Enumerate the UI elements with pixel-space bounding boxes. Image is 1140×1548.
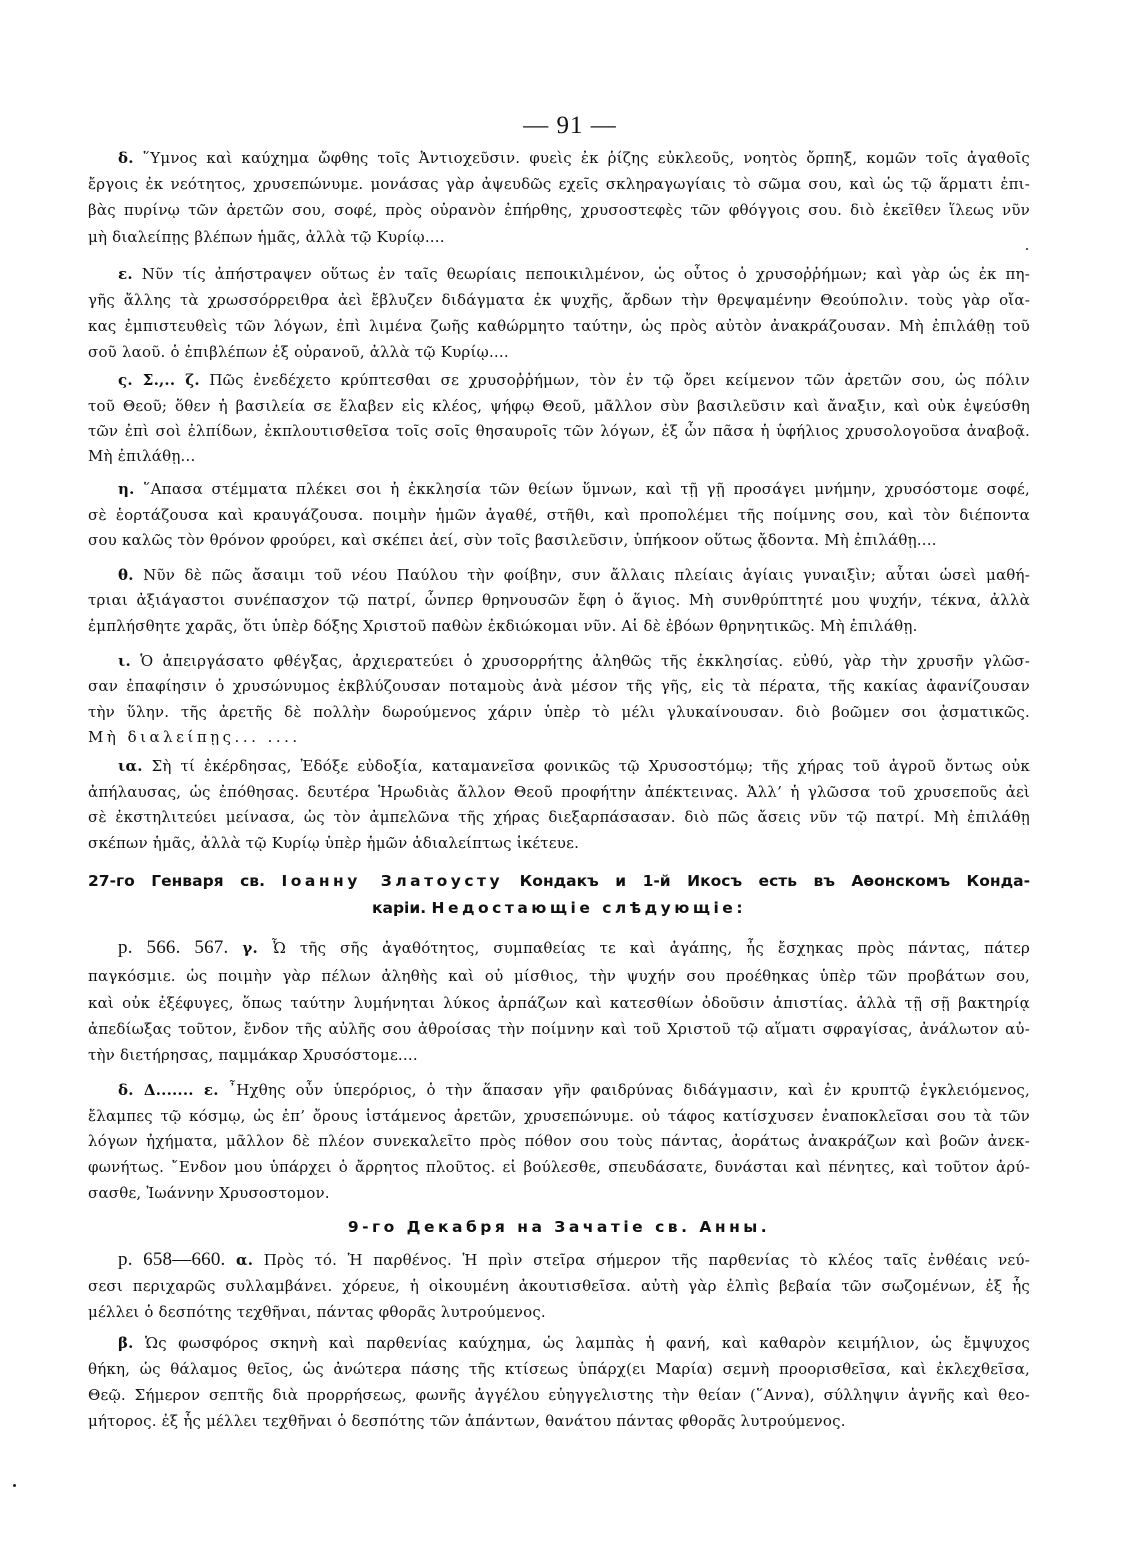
text-line: καὶ οὐκ ἐξέφυγες, ὅπως ταύτην λυμήνηται … bbox=[88, 993, 1030, 1013]
text-line: τοῦ Θεοῦ; ὅθεν ἡ βασιλεία σε ἔλαβεν εἰς … bbox=[88, 396, 1030, 416]
text-line: σὲ ἑορτάζουσα καὶ κραυγάζουσα. ποιμὴν ἡμ… bbox=[88, 505, 1030, 525]
text-line: σὲ ἐκστηλιτεύει μείνασα, ὡς τὸν ἀμπελῶνα… bbox=[88, 807, 1030, 827]
text-line: λόγων ἠχήματα, μᾶλλον δὲ πλέον συνεκαλεῖ… bbox=[88, 1131, 1030, 1151]
page-reference: p. 566. 567. bbox=[118, 937, 228, 958]
verse-marker: δ. bbox=[118, 149, 134, 167]
text-line: σοῦ λαοῦ. ὁ ἐπιβλέπων ἐξ οὐρανοῦ, ἀλλὰ τ… bbox=[88, 342, 1030, 362]
text-line: μὴ διαλείπῃς βλέπων ἡμᾶς, ἀλλὰ τῷ Κυρίῳ.… bbox=[88, 227, 1030, 247]
text-line: παγκόσμιε. ὡς ποιμὴν γὰρ πέλων ἀληθὴς κα… bbox=[88, 966, 1030, 986]
text-line: Θεῷ. Σήμερον σεπτῆς διὰ προρρήσεως, φωνῆ… bbox=[88, 1385, 1030, 1405]
text-line: δ. ῞Υμνος καὶ καύχημα ὤφθης τοῖς Ἀντιοχε… bbox=[118, 148, 1030, 168]
text-line: ἔργοις ἐκ νεότητος, χρυσεπώνυμε. μονάσας… bbox=[88, 174, 1030, 194]
verse-marker: θ. bbox=[118, 566, 134, 584]
verse-marker: ς. Σ.,.. ζ. bbox=[118, 371, 200, 389]
text-line: σεσι περιχαρῶς συλλαμβάνει. χόρευε, ἡ οἰ… bbox=[88, 1276, 1030, 1296]
text-line: σασθε, Ἰωάννην Χρυσοστομον. bbox=[88, 1183, 1030, 1203]
text-line: θ. Νῦν δὲ πῶς ἄσαιμι τοῦ νέου Παύλου τὴν… bbox=[118, 565, 1030, 585]
section-heading-line: каріи. Недостающіе слѣдующіе: bbox=[88, 899, 1030, 917]
text-line: μήτορος. ἐξ ἧς μέλλει τεχθῆναι ὁ δεσπότη… bbox=[88, 1411, 1030, 1431]
text-line: γῆς ἄλλης τὰ χρωσσόρρειθρα ἀεὶ ἔβλυζεν δ… bbox=[88, 290, 1030, 310]
verse-marker: ι. bbox=[118, 652, 131, 670]
text-line: φωνήτως. ῎Ενδον μου ὑπάρχει ὁ ἄρρητος πλ… bbox=[88, 1157, 1030, 1177]
section-heading-line: 27-го Генваря св. Іоанну Златоусту Конда… bbox=[88, 872, 1030, 890]
text-line: θήκη, ὡς θάλαμος θεῖος, ὡς ἀνώτερα πάσης… bbox=[88, 1359, 1030, 1379]
text-line: ἀπήλαυσας, ὡς ἐπόθησας. δευτέρα Ἡρωδιὰς … bbox=[88, 782, 1030, 802]
text-line: τῶν ἐπὶ σοὶ ἐλπίδων, ἐκπλουτισθεῖσα τοῖς… bbox=[88, 421, 1030, 441]
page-reference: p. 658—660. bbox=[118, 1249, 226, 1270]
text-line: σκέπων ἡμᾶς, ἀλλὰ τῷ Κυρίῳ ὑπὲρ ἡμῶν ἀδι… bbox=[88, 833, 1030, 853]
text-line: τὴν ὕλην. τῆς ἀρετῆς δὲ πολλὴν δωρούμενο… bbox=[88, 702, 1030, 722]
text-line: ια. Σὴ τί ἐκέρδησας, Ἐδόξε εὐδοξία, κατα… bbox=[118, 756, 1030, 776]
text-line: ἀπεδίωξας τοῦτον, ἔνδον τῆς αὐλῆς σου ἀθ… bbox=[88, 1019, 1030, 1039]
text-line: β. Ὡς φωσφόρος σκηνὴ καὶ παρθενίας καύχη… bbox=[118, 1333, 1030, 1353]
text-line: Μὴ διαλείπῃς... .... bbox=[88, 727, 1030, 747]
text-line: p. 658—660. α. Πρὸς τό. Ἡ παρθένος. Ἡ πρ… bbox=[118, 1250, 1030, 1270]
scan-speck bbox=[13, 1484, 16, 1487]
text-line: ι. Ὁ ἀπειργάσατο φθέγξας, ἀρχιερατεύει ὁ… bbox=[118, 651, 1030, 671]
verse-marker: α. bbox=[236, 1251, 253, 1269]
text-line: σαν ἐπαφίησιν ὁ χρυσώνυμος ἐκβλύζουσαν π… bbox=[88, 676, 1030, 696]
scan-speck bbox=[1026, 248, 1028, 250]
text-line: η. ῞Απασα στέμματα πλέκει σοι ἡ ἐκκλησία… bbox=[118, 479, 1030, 499]
verse-marker: ια. bbox=[118, 757, 143, 775]
verse-marker: γ. bbox=[242, 939, 258, 957]
section-heading: 9-го Декабря на Зачатіе св. Анны. bbox=[88, 1218, 1030, 1236]
text-line: κας ἐμπιστευθεὶς τῶν λόγων, ἐπὶ λιμένα ζ… bbox=[88, 316, 1030, 336]
text-line: μέλλει ὁ δεσπότης τεχθῆναι, πάντας φθορᾶ… bbox=[88, 1302, 1030, 1322]
verse-marker: ε. bbox=[118, 265, 133, 283]
text-line: βὰς πυρίνῳ τῶν ἀρετῶν σου, σοφέ, πρὸς οὐ… bbox=[88, 200, 1030, 220]
text-line: Μὴ ἐπιλάθῃ... bbox=[88, 446, 1030, 466]
text-line: ς. Σ.,.. ζ. Πῶς ἐνεδέχετο κρύπτεσθαι σε … bbox=[118, 370, 1030, 390]
text-line: ε. Νῦν τίς ἀπήστραψεν οὕτως ἐν ταῖς θεωρ… bbox=[118, 264, 1030, 284]
page-number: — 91 — bbox=[0, 112, 1140, 140]
text-line: p. 566. 567. γ. Ὦ τῆς σῆς ἀγαθότητος, συ… bbox=[118, 938, 1030, 958]
verse-marker: β. bbox=[118, 1334, 134, 1352]
text-line: δ. Δ....... ε. ῏Ηχθης οὖν ὑπερόριος, ὁ τ… bbox=[118, 1080, 1030, 1100]
text-line: σου καλῶς τὸν θρόνον φρούρει, καὶ σκέπει… bbox=[88, 530, 1030, 550]
text-line: τριαι ἀξιάγαστοι συνέπασχον τῷ πατρί, ὧν… bbox=[88, 590, 1030, 610]
verse-marker: η. bbox=[118, 480, 135, 498]
text-line: ἐμπλήσθητε χαρᾶς, ὅτι ὑπὲρ δόξης Χριστοῦ… bbox=[88, 616, 1030, 636]
verse-marker: δ. Δ....... ε. bbox=[118, 1081, 219, 1099]
text-line: ἔλαμπες τῷ κόσμῳ, ὡς ἐπ’ ὄρους ἱστάμενος… bbox=[88, 1106, 1030, 1126]
text-line: τὴν διετήρησας, παμμάκαρ Χρυσόστομε.... bbox=[88, 1045, 1030, 1065]
